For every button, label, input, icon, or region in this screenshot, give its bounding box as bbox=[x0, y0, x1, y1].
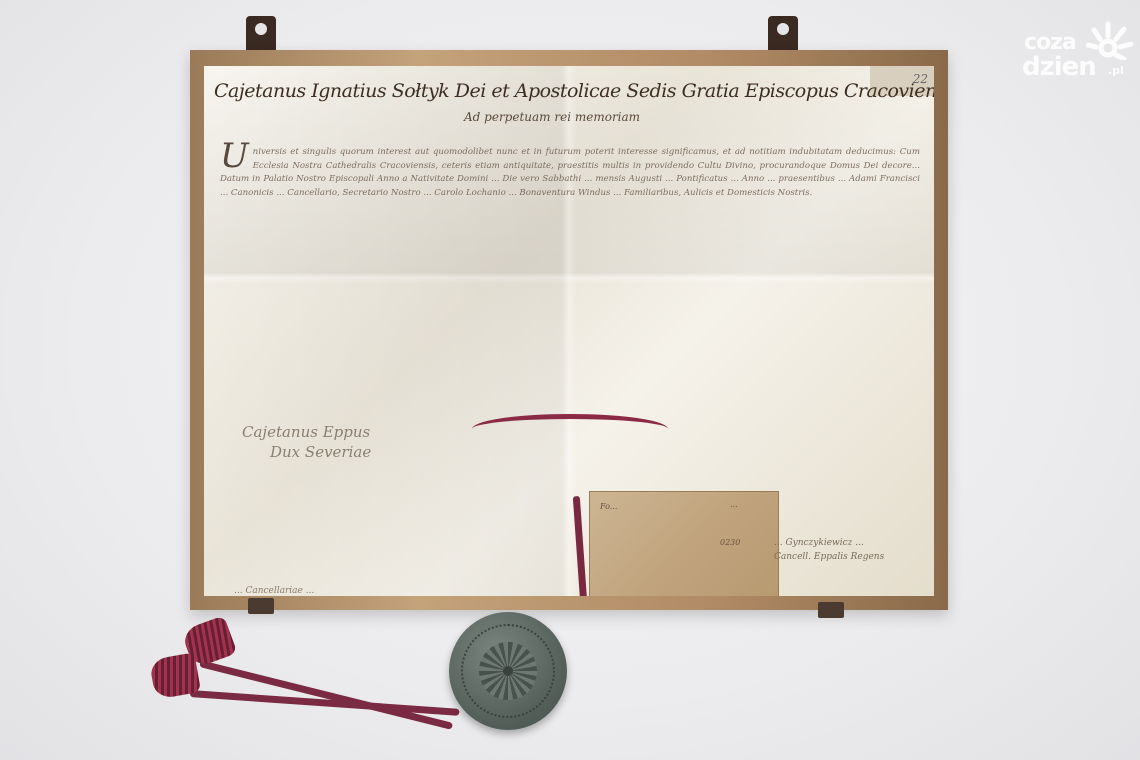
archival-label: Fo... ... 0230 bbox=[589, 491, 779, 596]
document-subtitle: Ad perpetuam rei memoriam bbox=[464, 110, 640, 124]
countersign-line-1: ... Gynczykiewicz ... bbox=[774, 536, 884, 550]
countersign-line-2: Cancell. Eppalis Regens bbox=[774, 550, 884, 564]
label-mark-2: ... bbox=[730, 500, 738, 509]
watermark-line-2: dzien bbox=[1022, 52, 1096, 82]
parchment: 22 Cajetanus Ignatius Sołtyk Dei et Apos… bbox=[204, 66, 934, 596]
bishop-signature: Cajetanus Eppus Dux Severiae bbox=[242, 422, 371, 462]
label-mark-3: 0230 bbox=[720, 538, 740, 547]
document-frame: 22 Cajetanus Ignatius Sołtyk Dei et Apos… bbox=[190, 50, 948, 610]
watermark-logo: coza dzien .pl bbox=[1022, 20, 1132, 80]
chancellor-countersign: ... Gynczykiewicz ... Cancell. Eppalis R… bbox=[774, 536, 884, 564]
frame-clip-left bbox=[248, 598, 274, 614]
signature-line-1: Cajetanus Eppus bbox=[242, 422, 371, 442]
frame-clip-right bbox=[818, 602, 844, 618]
document-body: U niversis et singulis quorum interest a… bbox=[220, 146, 920, 200]
bottom-note: ... Cancellariae ... bbox=[234, 586, 314, 596]
label-mark-1: Fo... bbox=[600, 502, 617, 511]
body-initial: U bbox=[220, 146, 249, 166]
frame-hanger-right bbox=[768, 16, 798, 54]
seal-rosette-icon bbox=[479, 642, 537, 700]
watermark-suffix: .pl bbox=[1108, 64, 1124, 77]
frame-hanger-left bbox=[246, 16, 276, 54]
hanging-seal bbox=[449, 612, 567, 730]
body-text: niversis et singulis quorum interest aut… bbox=[220, 147, 920, 198]
seal-cord bbox=[573, 496, 590, 596]
seal-cord-loop bbox=[472, 414, 668, 429]
signature-line-2: Dux Severiae bbox=[242, 442, 371, 462]
document-title: Cajetanus Ignatius Sołtyk Dei et Apostol… bbox=[214, 80, 934, 102]
